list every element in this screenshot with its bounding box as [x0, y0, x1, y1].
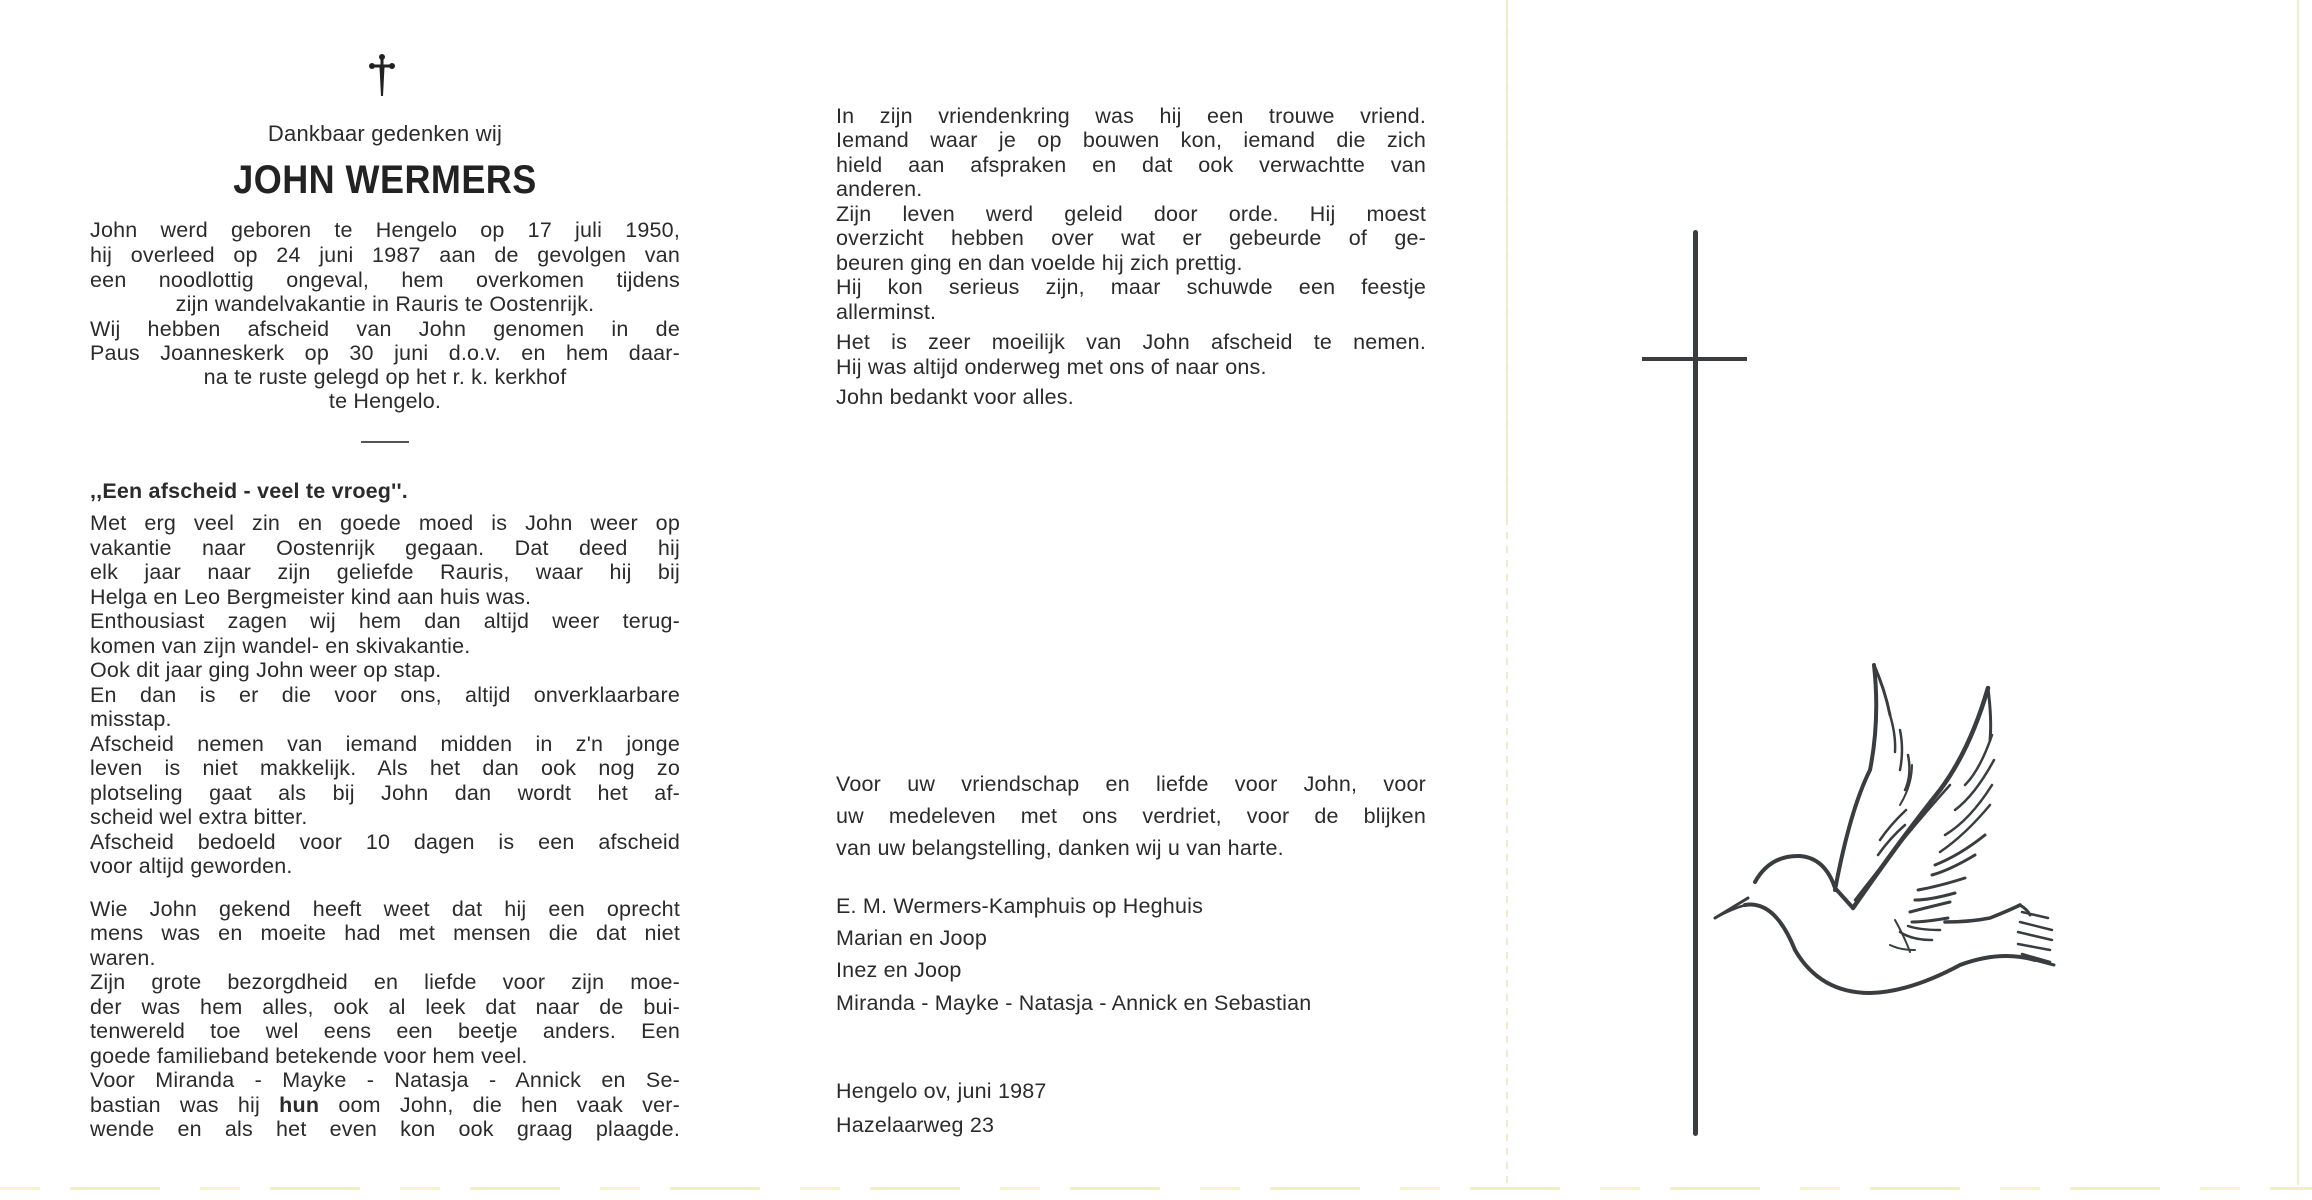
body-line: Enthousiast zagen wij hem dan altijd wee… — [90, 611, 680, 633]
intro-line: Wij hebben afscheid van John genomen in … — [90, 319, 680, 341]
body-line: misstap. — [90, 709, 172, 731]
section-heading: ,,Een afscheid - veel te vroeg''. — [90, 481, 408, 503]
body-line: Helga en Leo Bergmeister kind aan huis w… — [90, 587, 531, 609]
intro-line: John werd geboren te Hengelo op 17 juli … — [90, 220, 680, 242]
body-line: Met erg veel zin en goede moed is John w… — [90, 513, 680, 535]
card-right-edge — [2297, 0, 2299, 1185]
family-member: E. M. Wermers-Kamphuis op Heghuis — [836, 896, 1203, 918]
body-line: Afscheid bedoeld voor 10 dagen is een af… — [90, 832, 680, 854]
family-member: Inez en Joop — [836, 960, 962, 982]
body-text: bastian was hij — [90, 1093, 279, 1117]
intro-line: na te ruste gelegd op het r. k. kerkhof — [90, 367, 680, 389]
section-divider — [361, 441, 409, 443]
body-line: Hij was altijd onderweg met ons of naar … — [836, 357, 1267, 379]
thanks-line: van uw belangstelling, danken wij u van … — [836, 838, 1284, 860]
body-line: hield aan afspraken en dat ook verwachtt… — [836, 155, 1426, 177]
emphasis-hun: hun — [279, 1093, 319, 1117]
place-date: Hengelo ov, juni 1987 — [836, 1081, 1047, 1103]
family-member: Miranda - Mayke - Natasja - Annick en Se… — [836, 993, 1311, 1015]
subtitle: Dankbaar gedenken wij — [90, 123, 680, 145]
body-line: overzicht hebben over wat er gebeurde of… — [836, 228, 1426, 250]
body-line: anderen. — [836, 179, 922, 201]
body-line: mens was en moeite had met mensen die da… — [90, 923, 680, 945]
memorial-card: Dankbaar gedenken wij JOHN WERMERS John … — [0, 0, 2312, 1200]
body-line: Het is zeer moeilijk van John afscheid t… — [836, 332, 1426, 354]
deceased-name: JOHN WERMERS — [120, 160, 651, 200]
body-line: Hij kon serieus zijn, maar schuwde een f… — [836, 277, 1426, 299]
body-line: vakantie naar Oostenrijk gegaan. Dat dee… — [90, 538, 680, 560]
body-text: oom John, die hen vaak ver- — [319, 1093, 680, 1117]
body-line: Wie John gekend heeft weet dat hij een o… — [90, 899, 680, 921]
intro-line: zijn wandelvakantie in Rauris te Oostenr… — [90, 294, 680, 316]
body-line: John bedankt voor alles. — [836, 387, 1074, 409]
thanks-line: uw medeleven met ons verdriet, voor de b… — [836, 806, 1426, 828]
body-line: komen van zijn wandel- en skivakantie. — [90, 636, 470, 658]
body-line: scheid wel extra bitter. — [90, 807, 308, 829]
intro-line: hij overleed op 24 juni 1987 aan de gevo… — [90, 245, 680, 267]
intro-line: te Hengelo. — [90, 391, 680, 413]
body-line: der was hem alles, ook al leek dat naar … — [90, 997, 680, 1019]
body-line: Afscheid nemen van iemand midden in z'n … — [90, 734, 680, 756]
card-bottom-edge — [0, 1187, 2312, 1190]
body-line: bastian was hij hun oom John, die hen va… — [90, 1095, 680, 1117]
body-line: tenwereld toe wel eens een beetje anders… — [90, 1021, 680, 1043]
cross-bar — [1642, 357, 1747, 361]
body-line: En dan is er die voor ons, altijd onverk… — [90, 685, 680, 707]
body-line: plotseling gaat als bij John dan wordt h… — [90, 783, 680, 805]
dove-icon — [1700, 660, 2080, 1020]
fold-line-top — [1506, 0, 1508, 520]
body-line: In zijn vriendenkring was hij een trouwe… — [836, 106, 1426, 128]
body-line: waren. — [90, 948, 156, 970]
body-line: Zijn leven werd geleid door orde. Hij mo… — [836, 204, 1426, 226]
body-line: Zijn grote bezorgdheid en liefde voor zi… — [90, 972, 680, 994]
body-line: beuren ging en dan voelde hij zich prett… — [836, 253, 1243, 275]
body-line: wende en als het even kon ook graag plaa… — [90, 1119, 680, 1141]
body-line: Ook dit jaar ging John weer op stap. — [90, 660, 441, 682]
body-line: voor altijd geworden. — [90, 856, 293, 878]
thanks-line: Voor uw vriendschap en liefde voor John,… — [836, 774, 1426, 796]
body-line: allerminst. — [836, 302, 936, 324]
body-line: leven is niet makkelijk. Als het dan ook… — [90, 758, 680, 780]
body-line: goede familieband betekende voor hem vee… — [90, 1046, 528, 1068]
intro-line: een noodlottig ongeval, hem overkomen ti… — [90, 270, 680, 292]
cross-icon — [1693, 230, 1698, 1136]
small-cross-icon — [368, 52, 396, 100]
body-line: Voor Miranda - Mayke - Natasja - Annick … — [90, 1070, 680, 1092]
body-line: Iemand waar je op bouwen kon, iemand die… — [836, 130, 1426, 152]
address: Hazelaarweg 23 — [836, 1115, 994, 1137]
body-line: elk jaar naar zijn geliefde Rauris, waar… — [90, 562, 680, 584]
family-member: Marian en Joop — [836, 928, 987, 950]
intro-line: Paus Joanneskerk op 30 juni d.o.v. en he… — [90, 343, 680, 365]
